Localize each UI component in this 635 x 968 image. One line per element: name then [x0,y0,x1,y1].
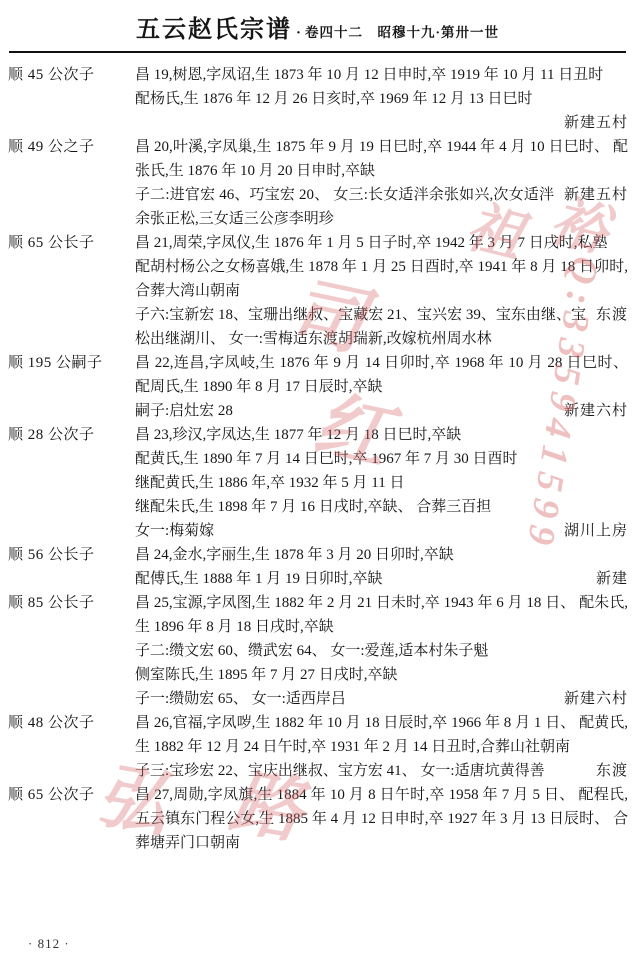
village-tag: 新建 [596,567,628,591]
genealogy-entry: 顺 65 公次子 昌 27,周勋,字凤旗,生 1884 年 10 月 8 日午时… [8,783,628,855]
line-text: 配杨氏,生 1876 年 12 月 26 日亥时,卒 1969 年 12 月 1… [135,91,533,107]
line-text: 继配黄氏,生 1886 年,卒 1932 年 5 月 11 日 [135,475,404,491]
entry-text-line: 昌 24,金水,字丽生,生 1878 年 3 月 20 日卯时,卒缺 [135,543,628,567]
entry-text-line: 东渡子六:宝新宏 18、宝珊出继叔、宝藏宏 21、宝兴宏 39、宝东由继、宝松出… [135,303,628,351]
genealogy-entry: 顺 65 公长子 昌 21,周荣,字凤仪,生 1876 年 1 月 5 日子时,… [8,231,628,351]
entry-text-line: 新建六村嗣子:启灶宏 28 [135,399,628,423]
entries-list: 顺 45 公次子 昌 19,树恩,字凤诏,生 1873 年 10 月 12 日申… [0,53,635,855]
village-tag: 东渡 [596,759,628,783]
entry-text-line: 子二:缵文宏 60、缵武宏 64、 女一:爱莲,适本村朱子魁 [135,639,628,663]
entry-body: 昌 26,官福,字凤哕,生 1882 年 10 月 18 日辰时,卒 1966 … [135,711,628,783]
village-tag: 东渡 [596,303,628,327]
line-text: 子二:进官宏 46、巧宝宏 20、 女三:长女适泮余张如兴,次女适泮余张正松,三… [135,187,554,227]
page-number: · 812 · [28,936,70,952]
line-text: 昌 27,周勋,字凤旗,生 1884 年 10 月 8 日午时,卒 1958 年… [135,787,628,851]
entry-text-line: 昌 27,周勋,字凤旗,生 1884 年 10 月 8 日午时,卒 1958 年… [135,783,628,855]
entry-body: 昌 20,叶溪,字凤巢,生 1875 年 9 月 19 日巳时,卒 1944 年… [135,135,628,231]
entry-lineage-label: 顺 45 公次子 [8,63,135,87]
entry-text-line: 昌 19,树恩,字凤诏,生 1873 年 10 月 12 日申时,卒 1919 … [135,63,628,87]
village-tag: 新建五村 [564,111,628,135]
line-text: 昌 21,周荣,字凤仪,生 1876 年 1 月 5 日子时,卒 1942 年 … [135,235,608,251]
line-text: 嗣子:启灶宏 28 [135,403,233,419]
line-text: 子一:缵勋宏 65、 女一:适西岸吕 [135,691,346,707]
entry-text-line: 配黄氏,生 1890 年 7 月 14 日巳时,卒 1967 年 7 月 30 … [135,447,628,471]
entry-body: 昌 19,树恩,字凤诏,生 1873 年 10 月 12 日申时,卒 1919 … [135,63,628,135]
genealogy-entry: 顺 45 公次子 昌 19,树恩,字凤诏,生 1873 年 10 月 12 日申… [8,63,628,135]
village-tag: 新建六村 [564,687,628,711]
entry-body: 昌 24,金水,字丽生,生 1878 年 3 月 20 日卯时,卒缺 新建配傅氏… [135,543,628,591]
line-text: 昌 24,金水,字丽生,生 1878 年 3 月 20 日卯时,卒缺 [135,547,454,563]
title-separator-dot: · [292,25,305,41]
line-text: 配黄氏,生 1890 年 7 月 14 日巳时,卒 1967 年 7 月 30 … [135,451,518,467]
entry-lineage-label: 顺 48 公次子 [8,711,135,735]
genealogy-entry: 顺 49 公之子 昌 20,叶溪,字凤巢,生 1875 年 9 月 19 日巳时… [8,135,628,231]
entry-text-line: 新建配傅氏,生 1888 年 1 月 19 日卯时,卒缺 [135,567,628,591]
entry-text-line: 继配黄氏,生 1886 年,卒 1932 年 5 月 11 日 [135,471,628,495]
line-text: 昌 25,宝源,字凤图,生 1882 年 2 月 21 日未时,卒 1943 年… [135,595,628,635]
entry-text-line: 昌 26,官福,字凤哕,生 1882 年 10 月 18 日辰时,卒 1966 … [135,711,628,759]
line-text: 继配朱氏,生 1898 年 7 月 16 日戌时,卒缺、 合葬三百担 [135,499,491,515]
line-text: 昌 23,珍汉,字凤达,生 1877 年 12 月 18 日巳时,卒缺 [135,427,461,443]
line-text: 昌 22,连昌,字凤岐,生 1876 年 9 月 14 日卯时,卒 1968 年… [135,355,628,395]
entry-body: 昌 21,周荣,字凤仪,生 1876 年 1 月 5 日子时,卒 1942 年 … [135,231,628,351]
genealogy-entry: 顺 28 公次子 昌 23,珍汉,字凤达,生 1877 年 12 月 18 日巳… [8,423,628,543]
entry-lineage-label: 顺 28 公次子 [8,423,135,447]
line-text: 配傅氏,生 1888 年 1 月 19 日卯时,卒缺 [135,571,383,587]
village-tag: 新建五村 [564,183,628,207]
entry-text-line: 昌 20,叶溪,字凤巢,生 1875 年 9 月 19 日巳时,卒 1944 年… [135,135,628,183]
entry-text-line: 新建五村 [135,111,628,135]
line-text: 子二:缵文宏 60、缵武宏 64、 女一:爱莲,适本村朱子魁 [135,643,488,659]
genealogy-entry: 顺 195 公嗣子 昌 22,连昌,字凤岐,生 1876 年 9 月 14 日卯… [8,351,628,423]
entry-lineage-label: 顺 85 公长子 [8,591,135,615]
entry-text-line: 继配朱氏,生 1898 年 7 月 16 日戌时,卒缺、 合葬三百担 [135,495,628,519]
entry-lineage-label: 顺 56 公长子 [8,543,135,567]
entry-text-line: 配杨氏,生 1876 年 12 月 26 日亥时,卒 1969 年 12 月 1… [135,87,628,111]
entry-text-line: 昌 23,珍汉,字凤达,生 1877 年 12 月 18 日巳时,卒缺 [135,423,628,447]
line-text: 侧室陈氏,生 1895 年 7 月 27 日戌时,卒缺 [135,667,398,683]
entry-text-line: 昌 22,连昌,字凤岐,生 1876 年 9 月 14 日卯时,卒 1968 年… [135,351,628,399]
line-text: 配胡村杨公之女杨喜娥,生 1878 年 1 月 25 日酉时,卒 1941 年 … [135,259,628,299]
entry-lineage-label: 顺 49 公之子 [8,135,135,159]
entry-text-line: 新建五村子二:进官宏 46、巧宝宏 20、 女三:长女适泮余张如兴,次女适泮余张… [135,183,628,231]
line-text: 昌 26,官福,字凤哕,生 1882 年 10 月 18 日辰时,卒 1966 … [135,715,628,755]
entry-text-line: 配胡村杨公之女杨喜娥,生 1878 年 1 月 25 日酉时,卒 1941 年 … [135,255,628,303]
genealogy-entry: 顺 48 公次子 昌 26,官福,字凤哕,生 1882 年 10 月 18 日辰… [8,711,628,783]
entry-lineage-label: 顺 195 公嗣子 [8,351,135,375]
entry-body: 昌 22,连昌,字凤岐,生 1876 年 9 月 14 日卯时,卒 1968 年… [135,351,628,423]
village-tag: 湖川上房 [564,519,628,543]
genealogy-entry: 顺 56 公长子 昌 24,金水,字丽生,生 1878 年 3 月 20 日卯时… [8,543,628,591]
entry-text-line: 新建六村子一:缵勋宏 65、 女一:适西岸吕 [135,687,628,711]
entry-text-line: 东渡子三:宝珍宏 22、宝庆出继叔、宝方宏 41、 女一:适唐坑黄得善 [135,759,628,783]
village-tag: 新建六村 [564,399,628,423]
line-text: 女一:梅菊嫁 [135,523,214,539]
entry-lineage-label: 顺 65 公次子 [8,783,135,807]
book-title: 五云赵氏宗谱 [136,17,292,43]
line-text: 昌 19,树恩,字凤诏,生 1873 年 10 月 12 日申时,卒 1919 … [135,67,603,83]
page-header: 五云赵氏宗谱·卷四十二 昭穆十九·第卅一世 [0,0,635,44]
entry-lineage-label: 顺 65 公长子 [8,231,135,255]
entry-text-line: 昌 21,周荣,字凤仪,生 1876 年 1 月 5 日子时,卒 1942 年 … [135,231,628,255]
entry-text-line: 昌 25,宝源,字凤图,生 1882 年 2 月 21 日未时,卒 1943 年… [135,591,628,639]
line-text: 子六:宝新宏 18、宝珊出继叔、宝藏宏 21、宝兴宏 39、宝东由继、宝松出继湖… [135,307,586,347]
entry-body: 昌 23,珍汉,字凤达,生 1877 年 12 月 18 日巳时,卒缺 配黄氏,… [135,423,628,543]
entry-text-line: 侧室陈氏,生 1895 年 7 月 27 日戌时,卒缺 [135,663,628,687]
entry-body: 昌 25,宝源,字凤图,生 1882 年 2 月 21 日未时,卒 1943 年… [135,591,628,711]
line-text: 昌 20,叶溪,字凤巢,生 1875 年 9 月 19 日巳时,卒 1944 年… [135,139,628,179]
genealogy-scan-page: 五云赵氏宗谱·卷四十二 昭穆十九·第卅一世 顺 45 公次子 昌 19,树恩,字… [0,0,635,968]
entry-text-line: 湖川上房女一:梅菊嫁 [135,519,628,543]
entry-body: 昌 27,周勋,字凤旗,生 1884 年 10 月 8 日午时,卒 1958 年… [135,783,628,855]
line-text: 子三:宝珍宏 22、宝庆出继叔、宝方宏 41、 女一:适唐坑黄得善 [135,763,545,779]
genealogy-entry: 顺 85 公长子 昌 25,宝源,字凤图,生 1882 年 2 月 21 日未时… [8,591,628,711]
volume-subtitle: 卷四十二 昭穆十九·第卅一世 [305,25,499,40]
